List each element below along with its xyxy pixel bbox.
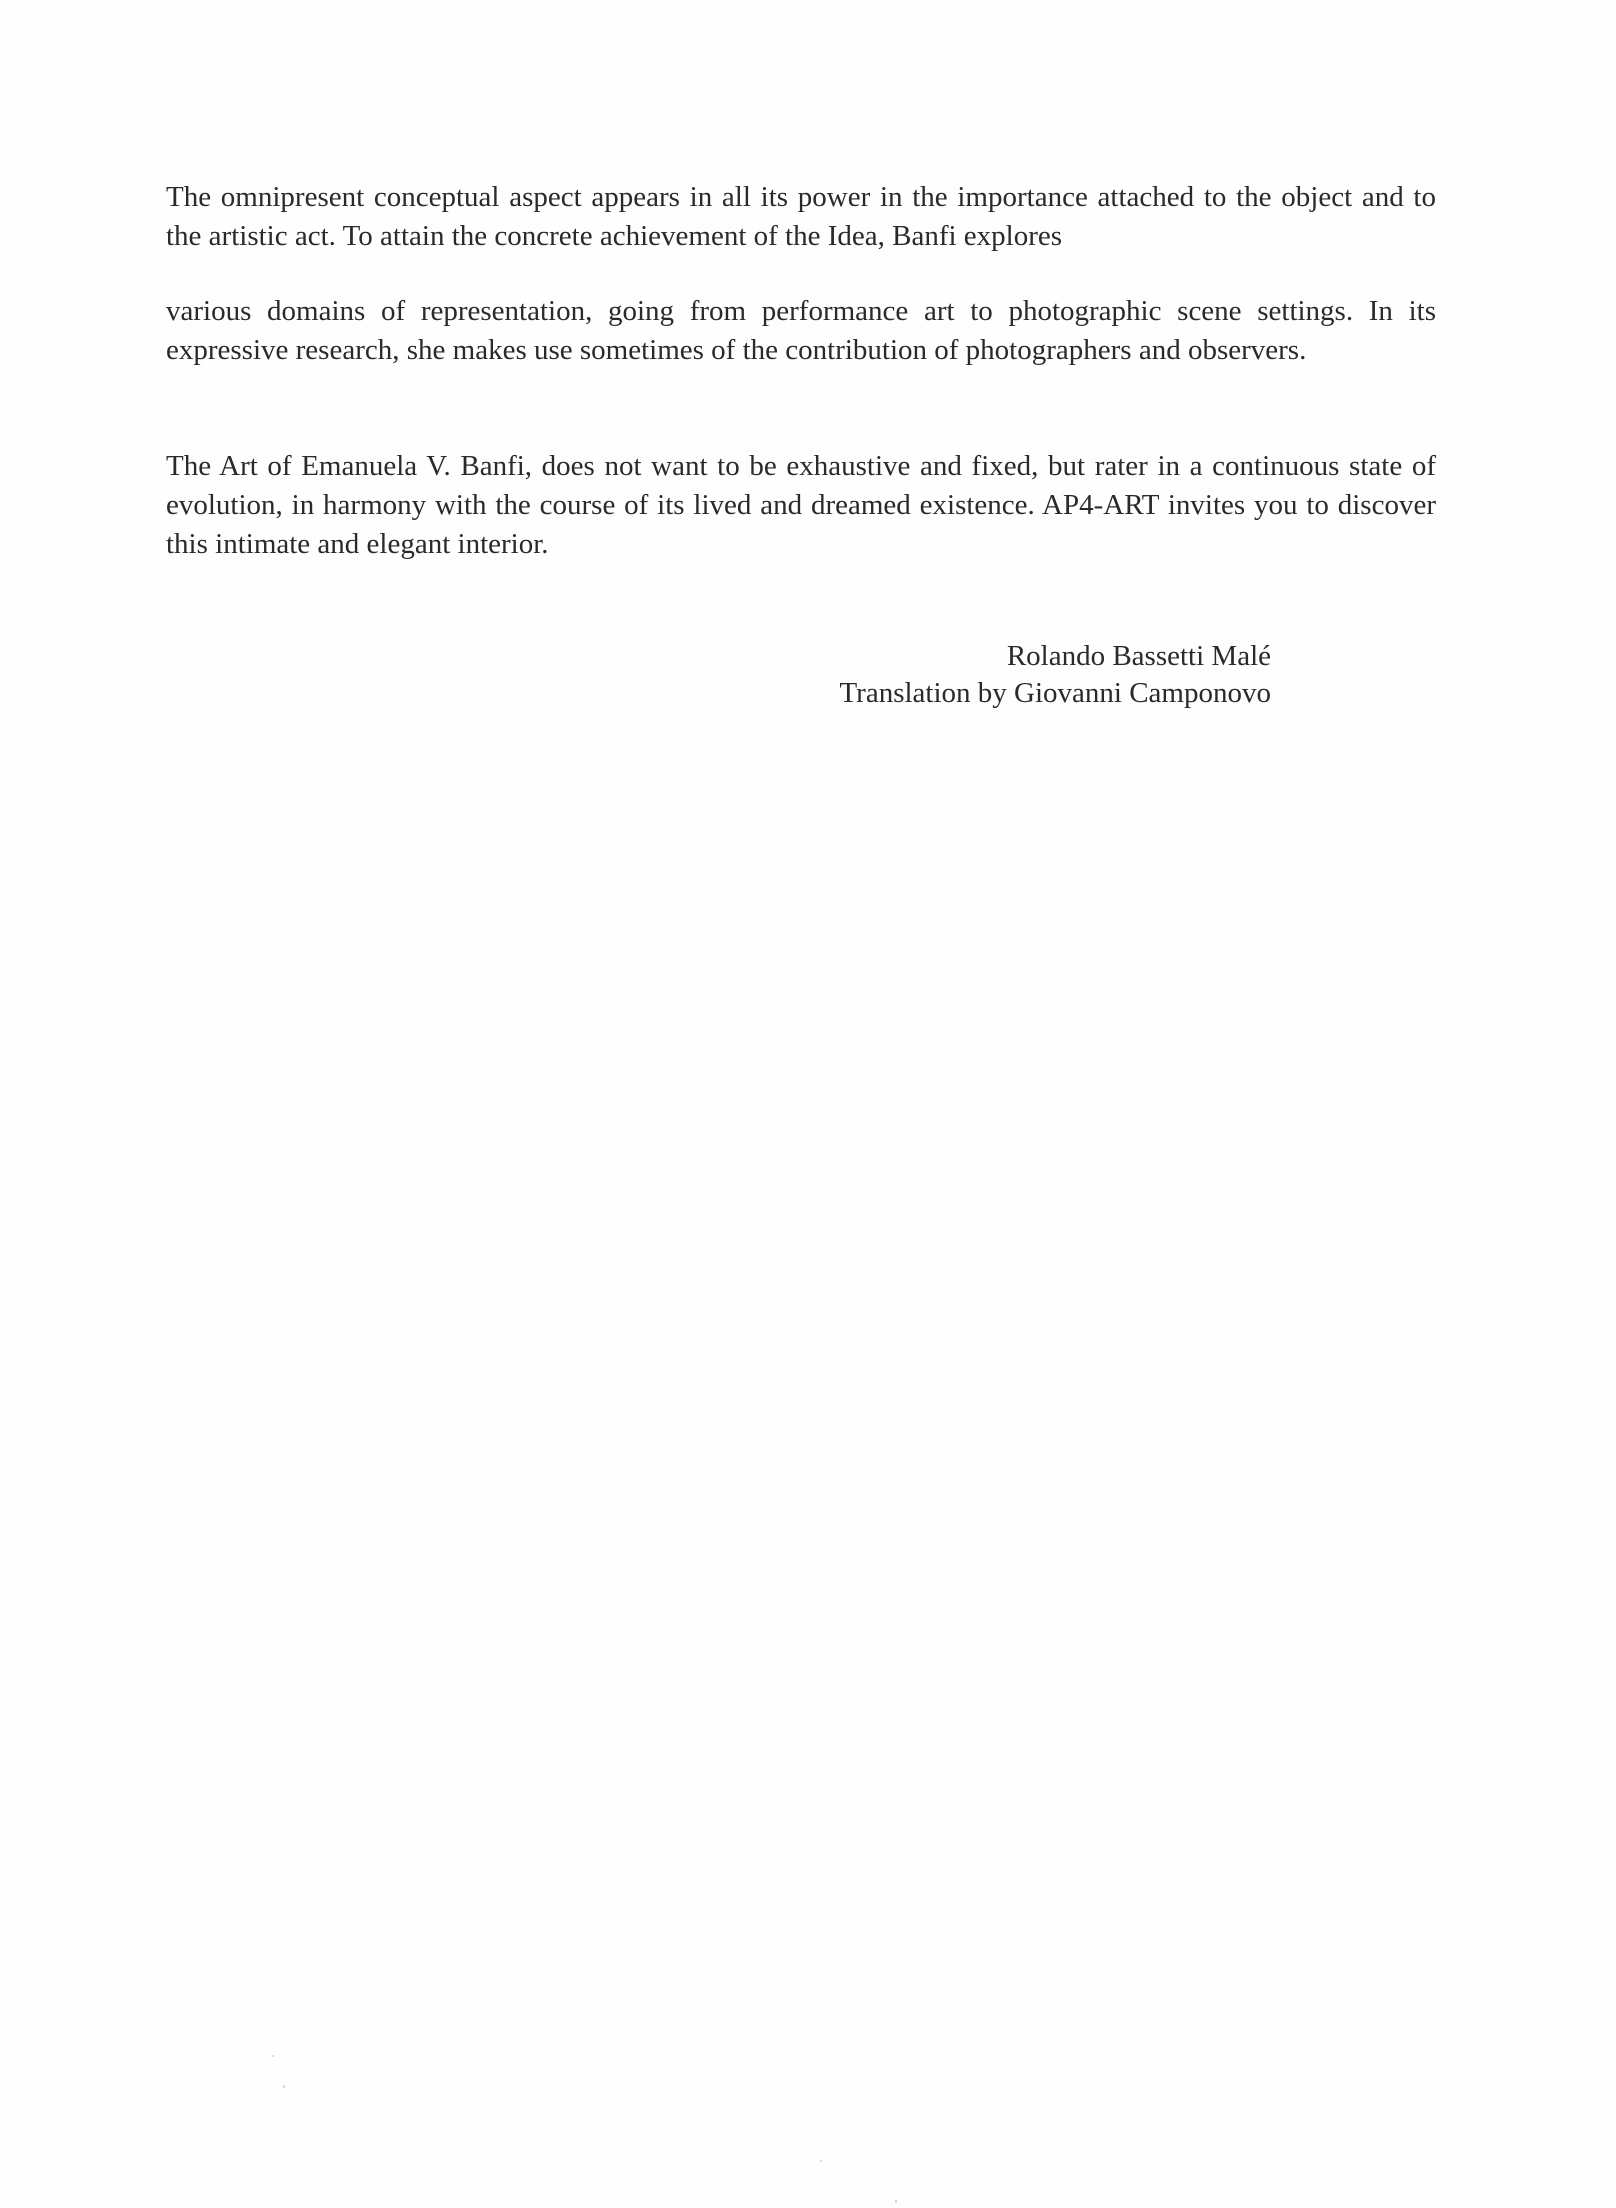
scan-speck <box>283 2085 285 2088</box>
scan-speck <box>895 2200 897 2203</box>
paragraph-2: various domains of representation, going… <box>166 292 1436 370</box>
scan-speck <box>820 2160 822 2162</box>
paragraph-3: The Art of Emanuela V. Banfi, does not w… <box>166 447 1436 564</box>
document-page: The omnipresent conceptual aspect appear… <box>0 0 1616 2208</box>
translator-credit: Translation by Giovanni Camponovo <box>839 675 1271 712</box>
paragraph-1: The omnipresent conceptual aspect appear… <box>166 178 1436 256</box>
author-signature: Rolando Bassetti Malé <box>1007 638 1271 675</box>
scan-speck <box>272 2055 274 2057</box>
